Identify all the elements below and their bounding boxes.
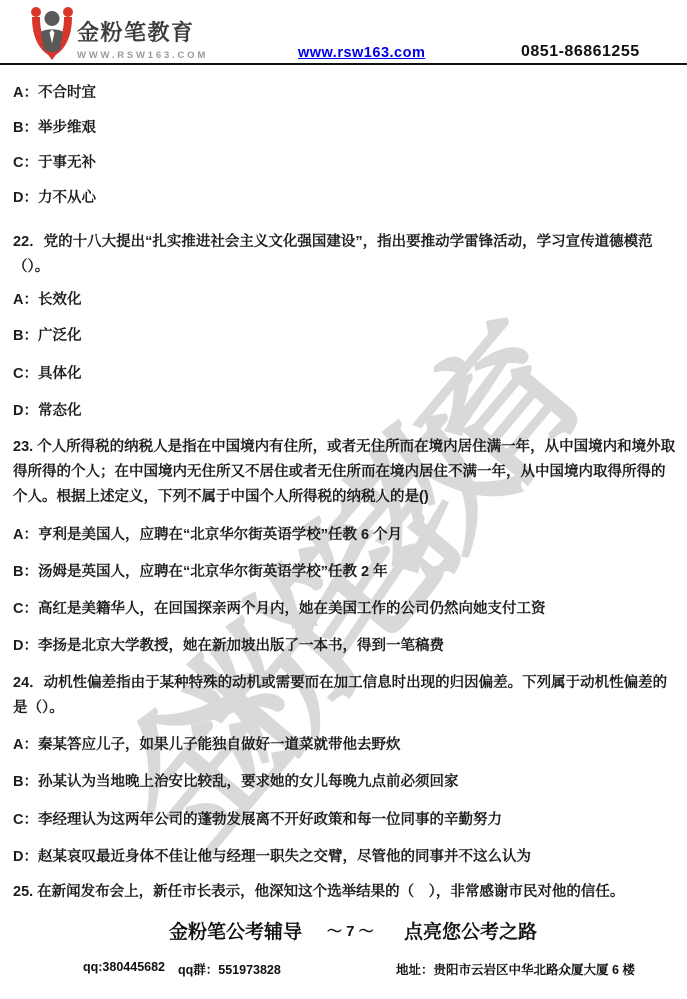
q24-option-d: D：赵某哀叹最近身体不佳让他与经理一职失之交臂，尽管他的同事并不这么认为 bbox=[13, 845, 676, 870]
question-24-text: 24．动机性偏差指由于某种特殊的动机或需要而在加工信息时出现的归因偏差。下列属于… bbox=[13, 671, 676, 721]
brand-name: 金粉笔教育 bbox=[77, 16, 208, 47]
question-25-text: 25. 在新闻发布会上，新任市长表示，他深知这个选举结果的（ ），非常感谢市民对… bbox=[13, 880, 676, 905]
website-link[interactable]: www.rsw163.com bbox=[298, 45, 425, 61]
exam-page: 金粉笔教育 金粉笔教育 WWW.RSW163.COM www.rsw163.co… bbox=[0, 0, 687, 999]
question-22-text: 22．党的十八大提出“扎实推进社会主义文化强国建设”，指出要推动学雷锋活动，学习… bbox=[13, 230, 676, 280]
q23-option-a: A：亨利是美国人，应聘在“北京华尔街英语学校”任教 6 个月 bbox=[13, 523, 676, 548]
footer-qq-group: qq群：551973828 bbox=[178, 960, 281, 978]
q22-option-b: B：广泛化 bbox=[13, 324, 676, 349]
footer-tagline-right: 点亮您公考之路 bbox=[404, 917, 537, 944]
q22-option-c: C：具体化 bbox=[13, 362, 676, 387]
q22-option-a: A：长效化 bbox=[13, 288, 676, 313]
q23-option-b: B：汤姆是英国人，应聘在“北京华尔街英语学校”任教 2 年 bbox=[13, 560, 676, 585]
footer-page-number: ～ 7 ～ bbox=[327, 920, 374, 941]
footer-qq: qq:380445682 bbox=[83, 960, 165, 974]
brand-watermark: 金粉笔教育 bbox=[59, 299, 605, 890]
q21-option-a: A：不合时宜 bbox=[13, 81, 676, 106]
q23-option-d: D：李扬是北京大学教授，她在新加坡出版了一本书，得到一笔稿费 bbox=[13, 634, 676, 659]
footer-tagline-left: 金粉笔公考辅导 bbox=[169, 917, 302, 944]
page-header: 金粉笔教育 WWW.RSW163.COM www.rsw163.com 0851… bbox=[0, 0, 687, 65]
q24-option-b: B：孙某认为当地晚上治安比较乱，要求她的女儿每晚九点前必须回家 bbox=[13, 770, 676, 795]
brand-logo-icon bbox=[30, 4, 74, 64]
q23-option-c: C：高红是美籍华人，在回国探亲两个月内，她在美国工作的公司仍然向她支付工资 bbox=[13, 597, 676, 622]
q22-option-d: D：常态化 bbox=[13, 399, 676, 424]
brand-text-block: 金粉笔教育 WWW.RSW163.COM bbox=[77, 16, 208, 61]
footer-address: 地址：贵阳市云岩区中华北路众厦大厦 6 楼 bbox=[396, 960, 635, 978]
q21-option-b: B：举步维艰 bbox=[13, 116, 676, 141]
phone-number: 0851-86861255 bbox=[521, 43, 640, 61]
q24-option-c: C：李经理认为这两年公司的蓬勃发展离不开好政策和每一位同事的辛勤努力 bbox=[13, 808, 676, 833]
question-23-text: 23. 个人所得税的纳税人是指在中国境内有住所，或者无住所而在境内居住满一年，从… bbox=[13, 435, 676, 510]
q21-option-d: D：力不从心 bbox=[13, 186, 676, 211]
q21-option-c: C：于事无补 bbox=[13, 151, 676, 176]
header-divider bbox=[0, 63, 687, 65]
brand-site-caption: WWW.RSW163.COM bbox=[77, 50, 208, 61]
q24-option-a: A：秦某答应儿子，如果儿子能独自做好一道菜就带他去野炊 bbox=[13, 733, 676, 758]
